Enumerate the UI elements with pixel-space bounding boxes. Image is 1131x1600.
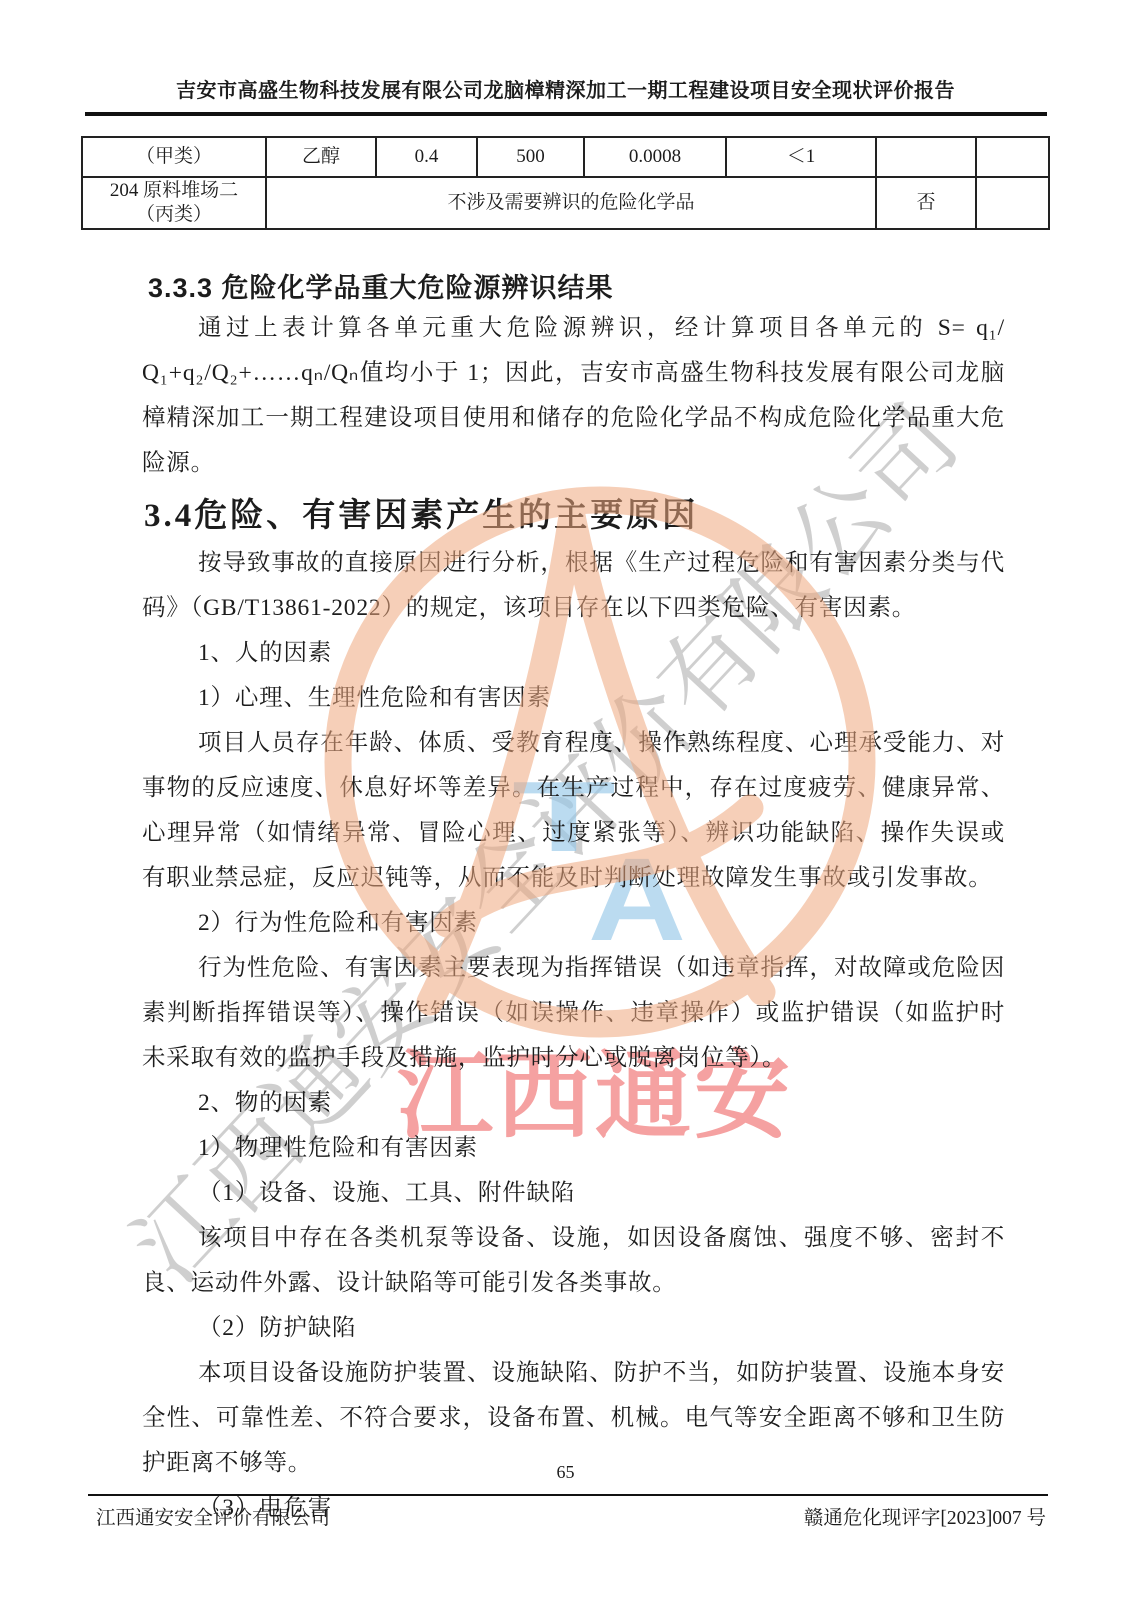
- cell-empty: [976, 137, 1049, 177]
- cell-ratio: 0.0008: [584, 137, 726, 177]
- paragraph: 项目人员存在年龄、体质、受教育程度、操作熟练程度、心理承受能力、对事物的反应速度…: [142, 721, 1005, 901]
- list-item-heading: 1）心理、生理性危险和有害因素: [142, 676, 1005, 721]
- body-text-block: 3.3.3 危险化学品重大危险源辨识结果 通过上表计算各单元重大危险源辨识，经计…: [142, 272, 1005, 1531]
- page-header-title: 吉安市高盛生物科技发展有限公司龙脑樟精深加工一期工程建设项目安全现状评价报告: [0, 0, 1131, 103]
- list-item-heading: （1）设备、设施、工具、附件缺陷: [142, 1171, 1005, 1216]
- cell-empty: [976, 177, 1049, 229]
- table-row: （甲类） 乙醇 0.4 500 0.0008 ＜1: [82, 137, 1049, 177]
- header-divider: [85, 112, 1047, 116]
- cell-unit-class: （甲类）: [82, 137, 266, 177]
- cell-threshold: 500: [477, 137, 584, 177]
- section-3-3-3-heading: 3.3.3 危险化学品重大危险源辨识结果: [148, 272, 1005, 304]
- paragraph: 该项目中存在各类机泵等设备、设施，如因设备腐蚀、强度不够、密封不良、运动件外露、…: [142, 1216, 1005, 1306]
- page-number: 65: [0, 1462, 1131, 1483]
- cell-merged-note: 不涉及需要辨识的危险化学品: [266, 177, 876, 229]
- cell-result: 否: [876, 177, 976, 229]
- cell-quantity: 0.4: [376, 137, 477, 177]
- list-item-heading: 2、物的因素: [142, 1081, 1005, 1126]
- cell-unit-name: 204 原料堆场二 （丙类）: [82, 177, 266, 229]
- cell-empty: [876, 137, 976, 177]
- unit-name-line1: 204 原料堆场二: [85, 179, 263, 203]
- list-item-heading: 1）物理性危险和有害因素: [142, 1126, 1005, 1171]
- footer: 江西通安安全评价有限公司 赣通危化现评字[2023]007 号: [96, 1502, 1046, 1530]
- section-3-4-heading: 3.4危险、有害因素产生的主要原因: [144, 491, 1005, 541]
- document-content: 吉安市高盛生物科技发展有限公司龙脑樟精深加工一期工程建设项目安全现状评价报告 （…: [0, 0, 1131, 1531]
- hazard-identification-table: （甲类） 乙醇 0.4 500 0.0008 ＜1 204 原料堆场二 （丙类）…: [81, 136, 1050, 230]
- report-page: 江西通安安全评价有限公司 江西通安 T A 吉安市高盛生物科技发展有限公司龙脑樟…: [0, 0, 1131, 1600]
- cell-chemical: 乙醇: [266, 137, 376, 177]
- list-item-heading: （2）防护缺陷: [142, 1306, 1005, 1351]
- table-row: 204 原料堆场二 （丙类） 不涉及需要辨识的危险化学品 否: [82, 177, 1049, 229]
- paragraph: 按导致事故的直接原因进行分析，根据《生产过程危险和有害因素分类与代码》（GB/T…: [142, 541, 1005, 631]
- footer-company: 江西通安安全评价有限公司: [96, 1502, 330, 1530]
- paragraph: 行为性危险、有害因素主要表现为指挥错误（如违章指挥，对故障或危险因素判断指挥错误…: [142, 946, 1005, 1081]
- cell-sum: ＜1: [726, 137, 876, 177]
- footer-doc-number: 赣通危化现评字[2023]007 号: [804, 1502, 1046, 1530]
- list-item-heading: 1、人的因素: [142, 631, 1005, 676]
- list-item-heading: 2）行为性危险和有害因素: [142, 901, 1005, 946]
- unit-name-line2: （丙类）: [85, 203, 263, 227]
- section-3-3-3-paragraph: 通过上表计算各单元重大危险源辨识，经计算项目各单元的 S= q₁/ Q₁+q₂/…: [142, 306, 1005, 486]
- footer-divider: [88, 1494, 1048, 1496]
